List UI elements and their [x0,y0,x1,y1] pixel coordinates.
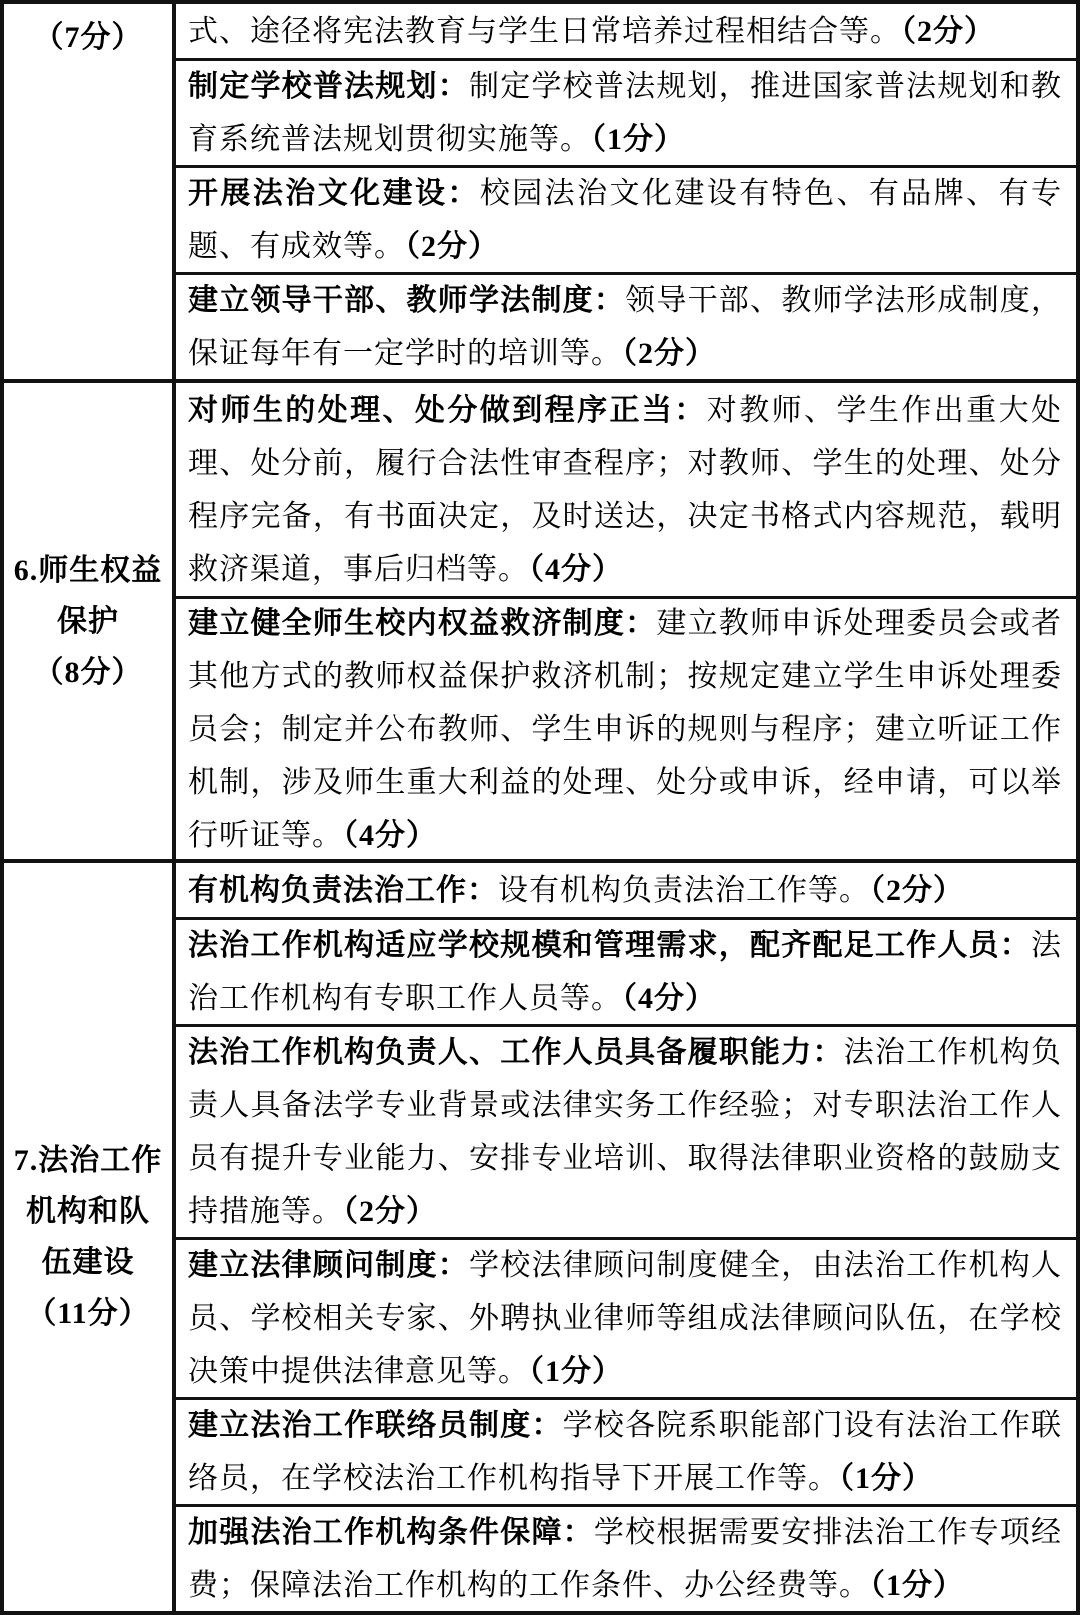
criteria-row: 有机构负责法治工作：设有机构负责法治工作等。（2分） [176,863,1076,917]
criteria-row: 制定学校普法规划：制定学校普法规划，推进国家普法规划和教育系统普法规划贯彻实施等… [176,58,1076,165]
assessment-table: （7分）式、途径将宪法教育与学生日常培养过程相结合等。（2分）制定学校普法规划：… [0,0,1080,1615]
criteria-rows: 式、途径将宪法教育与学生日常培养过程相结合等。（2分）制定学校普法规划：制定学校… [176,4,1076,379]
category-cell: （7分） [4,4,176,379]
category-label-line: 7.法治工作 [14,1135,163,1186]
criteria-score: （2分） [622,337,716,370]
criteria-row: 开展法治文化建设：校园法治文化建设有特色、有品牌、有专题、有成效等。（2分） [176,165,1076,272]
criteria-text: 法治工作机构适应学校规模和管理需求，配齐配足工作人员：法治工作机构有专职工作人员… [188,919,1062,1024]
category-label-line: 机构和队 [26,1186,150,1237]
criteria-text: 对师生的处理、处分做到程序正当：对教师、学生作出重大处理、处分前，履行合法性审查… [188,384,1062,596]
criteria-text: 建立法律顾问制度：学校法律顾问制度健全，由法治工作机构人员、学校相关专家、外聘执… [188,1239,1062,1397]
criteria-score: （4分） [622,982,716,1015]
criteria-text: 有机构负责法治工作：设有机构负责法治工作等。（2分） [188,864,1062,917]
criteria-rows: 对师生的处理、处分做到程序正当：对教师、学生作出重大处理、处分前，履行合法性审查… [176,383,1076,859]
criteria-score: （1分） [839,1462,933,1495]
category-label-line: 保护 [57,596,119,647]
criteria-title: 建立法治工作联络员制度： [188,1409,563,1442]
criteria-score: （2分） [870,874,964,907]
criteria-row: 法治工作机构负责人、工作人员具备履职能力：法治工作机构负责人具备法学专业背景或法… [176,1024,1076,1237]
criteria-title: 加强法治工作机构条件保障： [188,1516,594,1549]
criteria-title: 制定学校普法规划： [188,70,469,103]
table-section: （7分）式、途径将宪法教育与学生日常培养过程相结合等。（2分）制定学校普法规划：… [4,4,1076,379]
criteria-row: 建立健全师生校内权益救济制度：建立教师申诉处理委员会或者其他方式的教师权益保护救… [176,596,1076,859]
criteria-row: 建立法治工作联络员制度：学校各院系职能部门设有法治工作联络员，在学校法治工作机构… [176,1397,1076,1504]
criteria-description: 式、途径将宪法教育与学生日常培养过程相结合等。 [188,15,901,48]
criteria-row: 式、途径将宪法教育与学生日常培养过程相结合等。（2分） [176,4,1076,58]
criteria-row: 法治工作机构适应学校规模和管理需求，配齐配足工作人员：法治工作机构有专职工作人员… [176,917,1076,1024]
category-cell: 7.法治工作机构和队伍建设（11分） [4,863,176,1611]
category-label-line: （8分） [34,647,143,698]
criteria-title: 法治工作机构适应学校规模和管理需求，配齐配足工作人员： [188,929,1031,962]
criteria-title: 开展法治文化建设： [188,177,480,210]
criteria-score: （2分） [405,230,499,263]
criteria-score: （4分） [343,819,437,852]
criteria-row: 加强法治工作机构条件保障：学校根据需要安排法治工作专项经费；保障法治工作机构的工… [176,1504,1076,1611]
criteria-score: （1分） [870,1569,964,1602]
criteria-description: 建立教师申诉处理委员会或者其他方式的教师权益保护救济机制；按规定建立学生申诉处理… [188,607,1062,852]
criteria-title: 法治工作机构负责人、工作人员具备履职能力： [188,1036,844,1069]
criteria-text: 加强法治工作机构条件保障：学校根据需要安排法治工作专项经费；保障法治工作机构的工… [188,1506,1062,1611]
criteria-score: （2分） [343,1195,437,1228]
criteria-text: 式、途径将宪法教育与学生日常培养过程相结合等。（2分） [188,5,1062,58]
category-label-line: 伍建设 [42,1237,135,1288]
criteria-row: 建立法律顾问制度：学校法律顾问制度健全，由法治工作机构人员、学校相关专家、外聘执… [176,1237,1076,1397]
criteria-score: （1分） [591,123,685,156]
criteria-text: 建立法治工作联络员制度：学校各院系职能部门设有法治工作联络员，在学校法治工作机构… [188,1399,1062,1504]
table-section: 7.法治工作机构和队伍建设（11分）有机构负责法治工作：设有机构负责法治工作等。… [4,859,1076,1611]
category-label-line: （7分） [34,12,143,63]
category-cell: 6.师生权益保护（8分） [4,383,176,859]
criteria-text: 制定学校普法规划：制定学校普法规划，推进国家普法规划和教育系统普法规划贯彻实施等… [188,60,1062,165]
criteria-text: 开展法治文化建设：校园法治文化建设有特色、有品牌、有专题、有成效等。（2分） [188,167,1062,272]
criteria-score: （4分） [529,553,623,586]
criteria-text: 建立健全师生校内权益救济制度：建立教师申诉处理委员会或者其他方式的教师权益保护救… [188,597,1062,860]
criteria-title: 建立法律顾问制度： [188,1249,469,1282]
criteria-row: 对师生的处理、处分做到程序正当：对教师、学生作出重大处理、处分前，履行合法性审查… [176,383,1076,596]
criteria-title: 建立领导干部、教师学法制度： [188,284,625,317]
table-section: 6.师生权益保护（8分）对师生的处理、处分做到程序正当：对教师、学生作出重大处理… [4,379,1076,859]
criteria-rows: 有机构负责法治工作：设有机构负责法治工作等。（2分）法治工作机构适应学校规模和管… [176,863,1076,1611]
category-label-line: （11分） [26,1288,149,1339]
criteria-row: 建立领导干部、教师学法制度：领导干部、教师学法形成制度，保证每年有一定学时的培训… [176,272,1076,379]
criteria-text: 建立领导干部、教师学法制度：领导干部、教师学法形成制度，保证每年有一定学时的培训… [188,274,1062,379]
criteria-text: 法治工作机构负责人、工作人员具备履职能力：法治工作机构负责人具备法学专业背景或法… [188,1026,1062,1237]
criteria-title: 建立健全师生校内权益救济制度： [188,607,656,640]
criteria-score: （1分） [529,1355,623,1388]
criteria-score: （2分） [901,15,995,48]
category-label-line: 6.师生权益 [14,545,163,596]
criteria-title: 对师生的处理、处分做到程序正当： [188,394,707,427]
criteria-description: 设有机构负责法治工作等。 [498,874,870,907]
criteria-title: 有机构负责法治工作： [188,874,498,907]
